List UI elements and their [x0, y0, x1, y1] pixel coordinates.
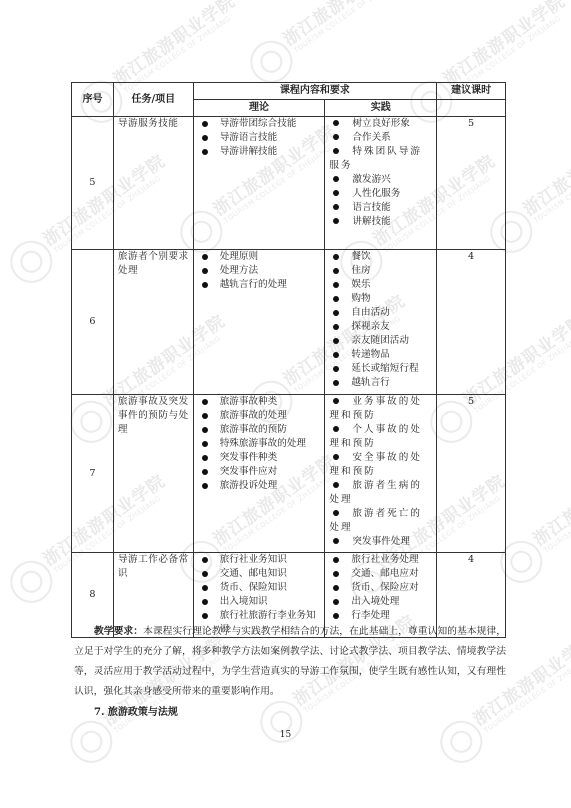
list-item: 特殊旅游事故的处理 [198, 437, 321, 451]
bullet-icon [333, 190, 339, 196]
row-hours: 4 [437, 250, 506, 395]
seal-icon [2, 233, 60, 291]
page-number: 15 [0, 730, 571, 740]
row-practice: 餐饮 住房 娱乐 购物 自由活动 探视亲友 亲友随团活动 转递物品 延长或缩短行… [325, 250, 437, 395]
bullet-icon [333, 296, 339, 302]
bullet-icon [202, 427, 208, 433]
bullet-icon [333, 599, 339, 605]
list-item: 树立良好形象 [329, 117, 432, 131]
practice-list: 树立良好形象 合作关系 特殊团队导游服务 激发游兴 人性化服务 语言技能 讲解技… [329, 117, 432, 229]
list-item: 旅游者生病的处理 [329, 479, 432, 507]
bullet-icon [202, 441, 208, 447]
row-hours: 5 [437, 395, 506, 553]
list-item: 行李处理 [329, 609, 432, 623]
bullet-icon [202, 557, 208, 563]
list-item: 导游讲解技能 [198, 145, 321, 159]
bullet-icon [333, 557, 339, 563]
bullet-icon [333, 426, 339, 432]
row-practice: 树立良好形象 合作关系 特殊团队导游服务 激发游兴 人性化服务 语言技能 讲解技… [325, 117, 437, 250]
practice-list: 业务事故的处理和预防 个人事故的处理和预防 安全事故的处理和预防 旅游者生病的处… [329, 395, 432, 549]
list-item: 旅游投诉处理 [198, 479, 321, 493]
bullet-icon [202, 149, 208, 155]
bullet-icon [202, 599, 208, 605]
list-item: 个人事故的处理和预防 [329, 423, 432, 451]
list-item: 旅游事故的处理 [198, 409, 321, 423]
practice-list: 餐饮 住房 娱乐 购物 自由活动 探视亲友 亲友随团活动 转递物品 延长或缩短行… [329, 250, 432, 390]
row-hours: 5 [437, 117, 506, 250]
list-item: 业务事故的处理和预防 [329, 395, 432, 423]
bullet-icon [202, 135, 208, 141]
row-task: 旅游事故及突发事件的预防与处理 [113, 395, 193, 553]
bullet-icon [333, 120, 339, 126]
bullet-icon [202, 413, 208, 419]
row-theory: 导游带团综合技能 导游语言技能 导游讲解技能 [193, 117, 325, 250]
teaching-requirements-label: 教学要求： [94, 626, 143, 637]
list-item: 旅游事故的预防 [198, 423, 321, 437]
table-body: 5 导游服务技能 导游带团综合技能 导游语言技能 导游讲解技能 树立良好形象 合… [72, 117, 506, 638]
list-item: 旅游者死亡的处理 [329, 507, 432, 535]
list-item: 自由活动 [329, 306, 432, 320]
bullet-icon [333, 310, 339, 316]
bullet-icon [202, 613, 208, 619]
row-task: 旅游者个别要求处理 [113, 250, 193, 395]
list-item: 安全事故的处理和预防 [329, 451, 432, 479]
row-practice: 业务事故的处理和预防 个人事故的处理和预防 安全事故的处理和预防 旅游者生病的处… [325, 395, 437, 553]
bullet-icon [202, 469, 208, 475]
list-item: 突发事件种类 [198, 451, 321, 465]
list-item: 特殊团队导游服务 [329, 145, 432, 173]
list-item: 合作关系 [329, 131, 432, 145]
bullet-icon [202, 455, 208, 461]
bullet-icon [333, 218, 339, 224]
bullet-icon [333, 366, 339, 372]
bullet-icon [202, 268, 208, 274]
list-item: 住房 [329, 264, 432, 278]
theory-list: 处理原则 处理方法 越轨言行的处理 [198, 250, 321, 292]
list-item: 转递物品 [329, 348, 432, 362]
list-item: 交通、邮电知识 [198, 567, 321, 581]
bullet-icon [202, 483, 208, 489]
list-item: 延长或缩短行程 [329, 362, 432, 376]
row-theory: 处理原则 处理方法 越轨言行的处理 [193, 250, 325, 395]
row-number: 5 [72, 117, 114, 250]
bullet-icon [333, 482, 339, 488]
list-item: 交通、邮电应对 [329, 567, 432, 581]
list-item: 语言技能 [329, 201, 432, 215]
table-row: 6 旅游者个别要求处理 处理原则 处理方法 越轨言行的处理 餐饮 住房 娱乐 购… [72, 250, 506, 395]
header-hours-empty [437, 100, 506, 117]
row-theory: 旅游事故种类 旅游事故的处理 旅游事故的预防 特殊旅游事故的处理 突发事件种类 … [193, 395, 325, 553]
header-no: 序号 [72, 83, 114, 117]
list-item: 出入境处理 [329, 595, 432, 609]
bullet-icon [333, 380, 339, 386]
header-hours: 建议课时 [437, 83, 506, 100]
list-item: 旅游事故种类 [198, 395, 321, 409]
bullet-icon [333, 282, 339, 288]
header-theory: 理论 [193, 100, 325, 117]
section-heading: 7. 旅游政策与法规 [94, 703, 178, 718]
practice-list: 旅行社业务处理 交通、邮电应对 货币、保险应对 出入境处理 行李处理 [329, 553, 432, 623]
header-task: 任务/项目 [113, 83, 193, 117]
list-item: 旅行社业务处理 [329, 553, 432, 567]
list-item: 出入境知识 [198, 595, 321, 609]
bullet-icon [333, 204, 339, 210]
list-item: 导游带团综合技能 [198, 117, 321, 131]
bullet-icon [333, 613, 339, 619]
list-item: 越轨言行 [329, 376, 432, 390]
bullet-icon [333, 510, 339, 516]
list-item: 探视亲友 [329, 320, 432, 334]
row-task: 导游服务技能 [113, 117, 193, 250]
list-item: 旅行社业务知识 [198, 553, 321, 567]
bullet-icon [333, 338, 339, 344]
bullet-icon [202, 571, 208, 577]
list-item: 购物 [329, 292, 432, 306]
list-item: 娱乐 [329, 278, 432, 292]
bullet-icon [333, 254, 339, 260]
bullet-icon [202, 254, 208, 260]
list-item: 突发事件处理 [329, 535, 432, 549]
seal-icon [62, 713, 120, 771]
list-item: 处理方法 [198, 264, 321, 278]
seal-icon [2, 553, 60, 611]
bullet-icon [333, 148, 339, 154]
list-item: 货币、保险知识 [198, 581, 321, 595]
list-item: 激发游兴 [329, 173, 432, 187]
list-item: 突发事件应对 [198, 465, 321, 479]
bullet-icon [333, 134, 339, 140]
bullet-icon [333, 571, 339, 577]
list-item: 亲友随团活动 [329, 334, 432, 348]
list-item: 导游语言技能 [198, 131, 321, 145]
list-item: 处理原则 [198, 250, 321, 264]
row-number: 6 [72, 250, 114, 395]
course-content-table: 序号 任务/项目 课程内容和要求 建议课时 理论 实践 5 导游服务技能 导游带… [71, 82, 506, 638]
bullet-icon [333, 176, 339, 182]
table-row: 5 导游服务技能 导游带团综合技能 导游语言技能 导游讲解技能 树立良好形象 合… [72, 117, 506, 250]
teaching-requirements: 教学要求：本课程实行理论教学与实践教学相结合的方法，在此基础上，尊重认知的基本规… [74, 622, 506, 702]
bullet-icon [202, 399, 208, 405]
list-item: 讲解技能 [329, 215, 432, 229]
bullet-icon [333, 585, 339, 591]
row-number: 7 [72, 395, 114, 553]
header-content: 课程内容和要求 [193, 83, 436, 100]
bullet-icon [202, 121, 208, 127]
list-item: 人性化服务 [329, 187, 432, 201]
theory-list: 旅游事故种类 旅游事故的处理 旅游事故的预防 特殊旅游事故的处理 突发事件种类 … [198, 395, 321, 493]
table-row: 7 旅游事故及突发事件的预防与处理 旅游事故种类 旅游事故的处理 旅游事故的预防… [72, 395, 506, 553]
bullet-icon [202, 282, 208, 288]
bullet-icon [333, 268, 339, 274]
bullet-icon [333, 398, 339, 404]
bullet-icon [333, 538, 339, 544]
bullet-icon [333, 454, 339, 460]
bullet-icon [333, 324, 339, 330]
bullet-icon [333, 352, 339, 358]
theory-list: 导游带团综合技能 导游语言技能 导游讲解技能 [198, 117, 321, 159]
list-item: 餐饮 [329, 250, 432, 264]
list-item: 越轨言行的处理 [198, 278, 321, 292]
seal-icon [432, 713, 490, 771]
bullet-icon [202, 585, 208, 591]
list-item: 货币、保险应对 [329, 581, 432, 595]
header-practice: 实践 [325, 100, 437, 117]
